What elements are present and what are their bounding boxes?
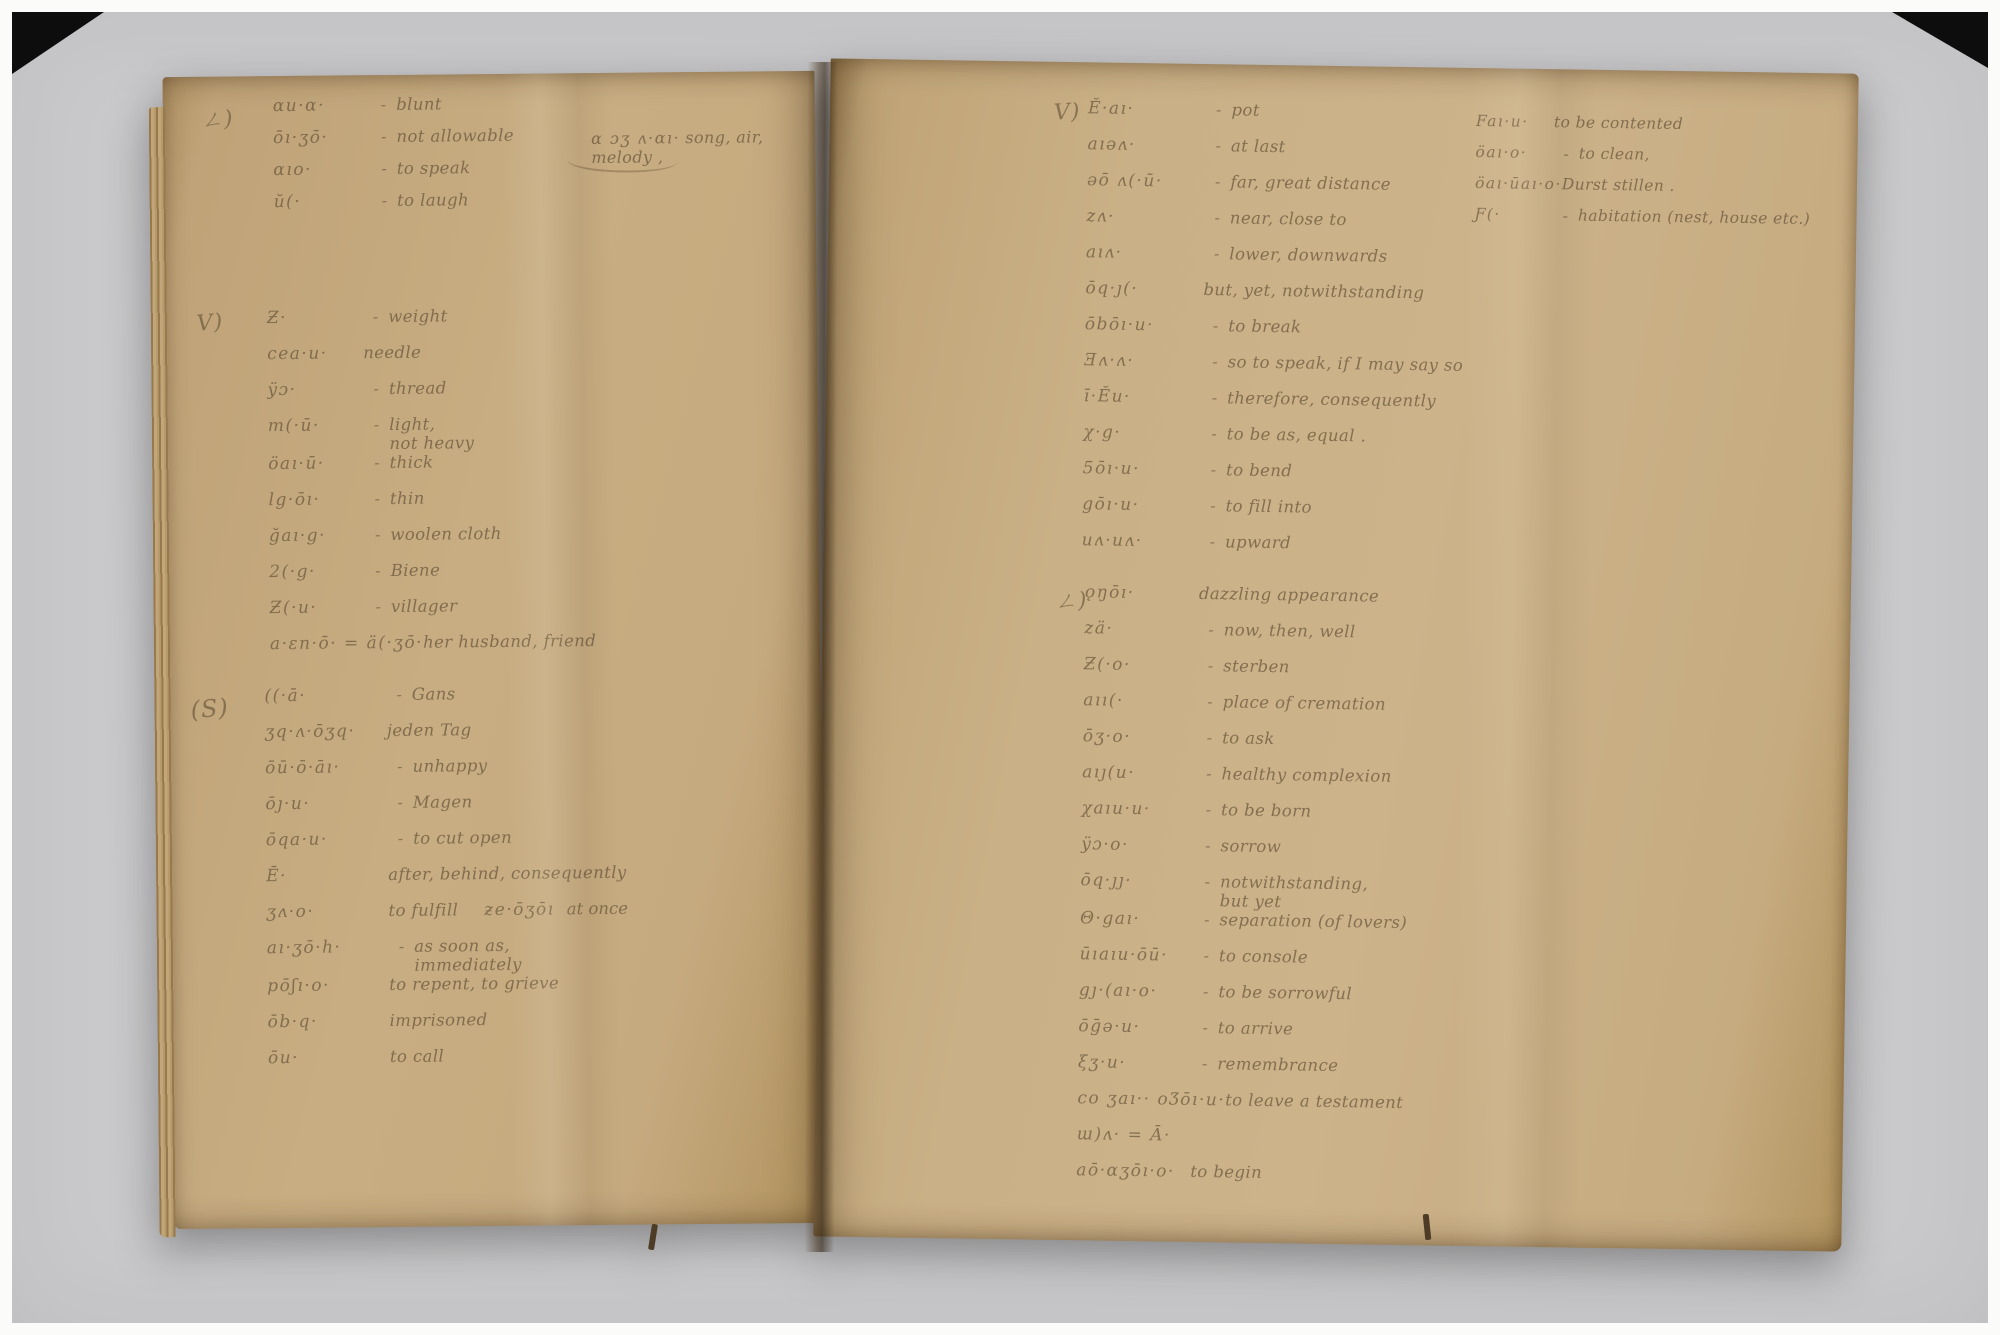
vocab-entry: Faı·u· to be contented [1476,112,1836,148]
gloss-text: to fill into [1225,496,1312,516]
script-text: aıȷ(u· [1082,762,1196,784]
gloss-text: her husband, friend [423,631,596,652]
vocab-entry: ōı·ʒō· - not allowable [273,126,514,160]
script-text: öaı·ū· [268,453,364,474]
script-text: ōı·ʒō· [273,127,371,148]
script-text: Faı·u· [1476,112,1554,131]
script-text: ǝō ʌ(·ū· [1087,170,1205,192]
gloss-text: thread [389,378,447,398]
script-text: Ƒ(· [1474,205,1552,224]
gloss-text-2: at once [567,899,628,919]
gloss-text: woolen cloth [390,524,502,544]
gloss-text: Biene [391,561,441,580]
gloss-text: to repent, to grieve [389,973,559,994]
script-text-2: ƶe·ōʒōı [484,899,555,920]
section-marker: V) [1053,99,1081,125]
dash-separator: - [1202,1018,1208,1037]
vocab-entry: co ʒaı·· oƷōı·u· to leave a testament [1077,1088,1405,1129]
script-text: ξʒ·u· [1078,1052,1192,1074]
notebook-left-page: ㄥ) ɑu·ɑ· - blunt ōı·ʒō· [162,71,825,1229]
vocab-entry: ī·Ĕu· - therefore, consequently [1083,386,1462,428]
script-text: ōȷ·u· [265,793,387,814]
script-text: zä· [1084,618,1198,640]
gloss-text: to cut open [413,828,512,848]
vocab-list: ɑu·ɑ· - blunt ōı·ʒō· - not allowable [273,94,515,224]
script-text: χ·g· [1083,422,1201,444]
vocab-entry: ŭ(· - to laugh [274,190,515,224]
vocab-entry: ǫŋōı· dazzling appearance [1085,582,1413,623]
script-text: aō·ɑʒōı·o· [1076,1160,1190,1182]
script-text: ōqa·u· [266,829,388,850]
notebook-right-page: Faı·u· to be contented öaı·o· - to clean… [813,58,1858,1251]
binding-thread-left [648,1224,658,1251]
gloss-text: to be born [1221,800,1312,820]
vocab-entry: cea·u· needle [267,341,594,380]
gloss-text: lower, downwards [1229,244,1387,265]
gloss-text: to arrive [1218,1018,1294,1038]
vocab-entry: ξʒ·u· - remembrance [1078,1052,1406,1093]
gloss-text: Gans [412,684,456,703]
script-text: Ĕ·aı· [1088,98,1206,120]
vocab-entry: ōu· to call [268,1045,630,1084]
vocab-entry: gȷ·(aı·o· - to be sorrowful [1079,980,1407,1021]
vocab-entry: ÿɔ· - thread [267,377,594,416]
gloss-text: Magen [413,792,473,812]
dash-separator: - [1562,206,1568,225]
vocab-entry: ōq·ȷ(· but, yet, notwithstanding [1085,278,1464,320]
vocab-entry: Ĕ·aı· - pot [1088,98,1467,140]
script-text: Ƶ(·o· [1084,654,1198,676]
script-text: uʌ·uʌ· [1082,530,1200,552]
script-text: zʌ· [1086,206,1204,228]
gloss-text: pot [1231,100,1260,119]
vocab-list: Ĕ·aı· - pot aıǝʌ· - at last ǝō ʌ(·ū· [1081,98,1467,572]
section-marker: V) [196,310,224,337]
vocab-entry: gōı·u· - to fill into [1082,494,1461,536]
dash-separator: - [1214,208,1220,227]
script-text: Ǝʌ·ʌ· [1084,350,1202,372]
gloss-text: imprisoned [389,1010,487,1030]
script-text: ōu· [268,1047,390,1068]
gloss-text: but, yet, notwithstanding [1203,280,1424,302]
vocab-entry: öaı·ūaı·o· Durst stillen . [1475,174,1835,210]
script-text: ÿɔ·o· [1081,834,1195,856]
gloss-text: villager [391,596,458,616]
gloss-text: after, behind, consequently [388,863,627,884]
script-text: ōʒ·o· [1083,726,1197,748]
gloss-text: dazzling appearance [1199,584,1380,606]
dash-separator: - [374,415,380,434]
script-text: lg·ōı· [268,489,364,510]
script-text: aıʌ· [1086,242,1204,264]
section-marker: (S) [190,693,230,724]
vocab-entry: ōū·ō·āı· - unhappy [265,755,627,794]
gloss-text: now, then, well [1224,620,1356,641]
section-marker: ㄥ) [200,101,235,134]
script-text: aıǝʌ· [1087,134,1205,156]
dash-separator: - [374,453,380,472]
gloss-text: jeden Tag [387,720,472,740]
vocab-entry: ɑu·ɑ· - blunt [273,94,514,128]
script-text: ōḡǝ·u· [1078,1016,1192,1038]
script-text: ōq·ȷ(· [1085,278,1203,300]
dash-separator: - [1204,872,1210,891]
gloss-text: far, great distance [1230,172,1391,193]
vocab-entry: aıǝʌ· - at last [1087,134,1466,176]
script-text: Ē· [266,865,388,886]
dash-separator: - [1211,424,1217,443]
left-section-3: (S) ((·ā· - Gans ʒq·ʌ·ōʒq· [216,683,629,1085]
gloss-text: needle [363,343,421,363]
dash-separator: - [399,937,405,956]
vocab-list: ((·ā· - Gans ʒq·ʌ·ōʒq· jeden Tag [264,683,629,1084]
vocab-entry: aıȷ(u· - healthy complexion [1082,762,1410,803]
script-text: co ʒaı·· oƷōı·u· [1077,1088,1225,1110]
gloss-text: blunt [396,94,442,113]
margin-annotation: ɑ ɔʒ ʌ·ɑı· song, air, melody , [591,127,821,167]
dash-separator: - [382,191,388,210]
left-section-2: V) Ƶ· - weight cea·u· [225,305,597,671]
script-text: ʒq·ʌ·ōʒq· [265,721,387,742]
vocab-entry: Ƶ· - weight [267,305,594,344]
gloss-text: so to speak, if I may say so [1228,352,1464,374]
script-text: a·εn·ō· = ä(·ʒō· [270,633,423,654]
vocab-entry: Ǝʌ·ʌ· - so to speak, if I may say so [1084,350,1463,392]
scan-corner-artifact-left [12,12,104,74]
vocab-entry: aı·ʒō·h· - as soon as, immediately [267,935,629,976]
dash-separator: - [398,829,404,848]
vocab-list: Ƶ· - weight cea·u· needle [267,305,597,670]
gloss-text: to bend [1226,460,1292,480]
dash-separator: - [1215,172,1221,191]
gloss-text: to break [1228,316,1301,336]
gloss-text: habitation (nest, house etc.) [1578,207,1810,228]
gloss-text: Durst stillen . [1562,175,1675,195]
script-text: Ƶ(·u· [269,597,365,618]
script-text: aıı(· [1083,690,1197,712]
dash-separator: - [1214,244,1220,263]
dash-separator: - [1204,910,1210,929]
dash-separator: - [374,489,380,508]
right-section-2: ㄥ) ǫŋōı· dazzling appearance zä· - n [1076,582,1412,1201]
dash-separator: - [1216,100,1222,119]
vocab-entry: ōʒ·o· - to ask [1082,726,1410,767]
script-text: ɑu·ɑ· [273,95,371,116]
gloss-text: thick [390,453,434,472]
dash-separator: - [397,793,403,812]
script-text: gōı·u· [1082,494,1200,516]
section-marker: ㄥ) [1054,583,1088,616]
vocab-entry: pōʃı·o· to repent, to grieve [267,973,629,1012]
dash-separator: - [1202,1054,1208,1073]
script-text: ʒʌ·o· [266,901,388,922]
vocab-entry: ((·ā· - Gans [264,683,626,722]
vocab-entry: 2(·g· - Biene [269,559,596,598]
gloss-text: to call [390,1046,444,1066]
notebook: ㄥ) ɑu·ɑ· - blunt ōı·ʒō· [158,56,1858,1261]
gloss-text: unhappy [412,756,487,776]
gloss-text: to leave a testament [1225,1090,1403,1112]
book-gutter [804,62,837,1252]
vocab-entry: zʌ· - near, close to [1086,206,1465,248]
dash-separator: - [1212,352,1218,371]
dash-separator: - [1210,496,1216,515]
dash-separator: - [1563,144,1569,163]
dash-separator: - [1210,532,1216,551]
photo-backdrop: ㄥ) ɑu·ɑ· - blunt ōı·ʒō· [0,0,2000,1335]
script-text: ɑ ɔʒ ʌ·ɑı· [591,128,680,148]
vocab-entry: ɯ)ʌ· = Ā· [1076,1124,1404,1165]
vocab-entry: ğaı·g· - woolen cloth [269,523,596,562]
script-text: ğaı·g· [269,525,365,546]
dash-separator: - [375,525,381,544]
vocab-entry: 5ōı·u· - to bend [1082,458,1461,500]
script-text: gȷ·(aı·o· [1079,980,1193,1002]
vocab-entry: ʒʌ·o· to fulfill ƶe·ōʒōı at once [266,899,628,938]
dash-separator: - [1206,764,1212,783]
dash-separator: - [1203,982,1209,1001]
script-text: ōq·ȷȷ· [1080,870,1194,892]
gloss-text: to clean, [1579,145,1650,164]
dash-separator: - [1211,460,1217,479]
script-text: ŭ(· [274,191,372,212]
vocab-entry: Ƒ(· - habitation (nest, house etc.) [1474,205,1834,241]
dash-separator: - [375,597,381,616]
gloss-text: thin [390,489,425,508]
vocab-entry: zä· - now, then, well [1084,618,1412,659]
gloss-text: near, close to [1230,208,1347,229]
script-text: cea·u· [267,343,363,364]
gloss-text: sorrow [1220,836,1281,856]
gloss-text: to ask [1222,728,1275,748]
gloss-text: sterben [1223,656,1290,676]
gloss-text: to be contented [1554,113,1683,133]
vocab-entry: ōq·ȷȷ· - notwithstanding, but yet [1080,870,1408,913]
gloss-text: not allowable [396,126,514,146]
vocab-entry: Ƶ(·o· - sterben [1083,654,1411,695]
vocab-entry: uʌ·uʌ· - upward [1081,530,1460,572]
vocab-entry: χ·g· - to be as, equal . [1083,422,1462,464]
dash-separator: - [1212,388,1218,407]
script-text: ((·ā· [264,685,386,706]
dash-separator: - [373,307,379,326]
gloss-text: therefore, consequently [1227,388,1436,410]
vocab-entry: m(·ū· - light, not heavy [268,413,595,454]
dash-separator: - [1215,136,1221,155]
script-text: Ƶ· [267,307,363,328]
dash-separator: - [1205,836,1211,855]
script-text: ɯ)ʌ· = Ā· [1077,1124,1191,1146]
dash-separator: - [373,379,379,398]
dash-separator: - [1208,656,1214,675]
right-section-1: V) Ĕ·aı· - pot aıǝʌ· - at last [1081,98,1467,572]
left-section-1: ㄥ) ɑu·ɑ· - blunt ōı·ʒō· [205,94,515,225]
vocab-entry: ÿɔ·o· - sorrow [1081,834,1409,875]
dash-separator: - [381,127,387,146]
vocab-entry: aıʌ· - lower, downwards [1086,242,1465,284]
gloss-text: remembrance [1217,1054,1338,1075]
gloss-text: notwithstanding, but yet [1220,872,1369,912]
dash-separator: - [1206,800,1212,819]
gloss-text: to speak [397,158,471,178]
vocab-entry: ūıaıu·ōū· - to console [1079,944,1407,985]
script-text: m(·ū· [268,415,364,436]
vocab-entry: aıı(· - place of cremation [1083,690,1411,731]
dash-separator: - [1208,620,1214,639]
gloss-text: to fulfill [388,900,458,920]
script-text: ī·Ĕu· [1084,386,1202,408]
gloss-text: as soon as, immediately [414,936,522,975]
gloss-text: weight [388,306,448,326]
dash-separator: - [381,159,387,178]
script-text: öaı·ūaı·o· [1475,174,1562,193]
vocab-entry: ǝō ʌ(·ū· - far, great distance [1087,170,1466,212]
dash-separator: - [381,95,387,114]
scan-corner-artifact-right [1892,12,1988,68]
vocab-entry: ōb·q· imprisoned [267,1009,629,1048]
script-text: ōbōı·u· [1085,314,1203,336]
vocab-entry: χaıu·u· - to be born [1081,798,1409,839]
dash-separator: - [1207,728,1213,747]
script-text: χaıu·u· [1082,798,1196,820]
gloss-text: at last [1231,136,1286,156]
gloss-text: to be sorrowful [1218,982,1352,1003]
gloss-text: to console [1219,946,1308,966]
dash-separator: - [396,685,402,704]
gloss-text: healthy complexion [1221,764,1391,786]
script-text: ūıaıu·ōū· [1079,944,1193,966]
vocab-entry: ɑıo· - to speak [273,158,514,192]
gloss-text: separation (of lovers) [1219,910,1407,932]
dash-separator: - [375,561,381,580]
dash-separator: - [1203,946,1209,965]
vocab-entry: öaı·o· - to clean, [1475,143,1835,179]
vocab-entry: Ē· after, behind, consequently [266,863,628,902]
script-text: öaı·o· [1475,143,1553,162]
script-text: pōʃı·o· [267,975,389,996]
script-text: 5ōı·u· [1083,458,1201,480]
corner-notes: Faı·u· to be contented öaı·o· - to clean… [1474,112,1836,241]
script-text: aı·ʒō·h· [267,937,389,958]
gloss-text: upward [1225,532,1291,552]
vocab-entry: öaı·ū· - thick [268,451,595,490]
vocab-entry: ʒq·ʌ·ōʒq· jeden Tag [265,719,627,758]
vocab-entry: ōḡǝ·u· - to arrive [1078,1016,1406,1057]
script-text: 2(·g· [269,561,365,582]
vocab-entry: ōȷ·u· - Magen [265,791,627,830]
vocab-entry: lg·ōı· - thin [268,487,595,526]
vocab-entry: a·εn·ō· = ä(·ʒō· her husband, friend [270,631,597,670]
script-text: Θ·gaı· [1080,908,1194,930]
gloss-text: to laugh [397,190,469,210]
vocab-entry: ōbōı·u· - to break [1084,314,1463,356]
vocab-entry: ōqa·u· - to cut open [266,827,628,866]
vocab-list: ǫŋōı· dazzling appearance zä· - now, the… [1076,582,1412,1201]
vocab-entry: Θ·gaı· - separation (of lovers) [1080,908,1408,949]
dash-separator: - [397,757,403,776]
script-text: ÿɔ· [267,379,363,400]
script-text: ōb·q· [267,1011,389,1032]
script-text: ǫŋōı· [1085,582,1199,604]
vocab-entry: Ƶ(·u· - villager [269,595,596,634]
gloss-text: light, not heavy [389,414,474,453]
gloss-text: to be as, equal . [1227,424,1367,445]
gloss-text: place of cremation [1223,692,1387,713]
script-text: ōū·ō·āı· [265,757,387,778]
vocab-entry: aō·ɑʒōı·o· to begin [1076,1160,1404,1201]
script-text: ɑıo· [273,159,371,180]
dash-separator: - [1213,316,1219,335]
dash-separator: - [1207,692,1213,711]
gloss-text: to begin [1190,1162,1262,1182]
